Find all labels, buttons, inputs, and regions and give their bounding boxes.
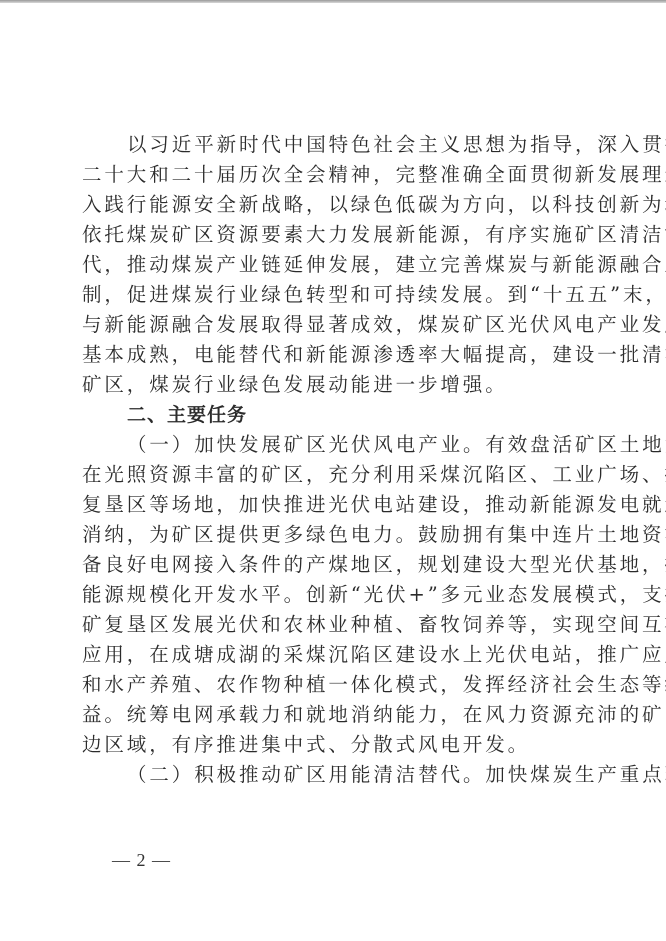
subsection-title: （二）积极推动矿区用能清洁替代。 [127, 763, 485, 786]
text-line: 益。统筹电网承载力和就地消纳能力，在风力资源充沛的矿区及周 [82, 700, 562, 730]
document-page: 以习近平新时代中国特色社会主义思想为指导，深入贯彻党的 二十大和二十届历次全会精… [82, 130, 562, 790]
section-heading: 二、主要任务 [82, 400, 562, 430]
text-line: 在光照资源丰富的矿区，充分利用采煤沉陷区、工业广场、排土场、 [82, 460, 562, 490]
subsection-first-line: （一）加快发展矿区光伏风电产业。有效盘活矿区土地资源， [82, 430, 562, 460]
text-line: 基本成熟，电能替代和新能源渗透率大幅提高，建设一批清洁低碳 [82, 340, 562, 370]
page-number: — 2 — [112, 850, 171, 871]
text-line: 与新能源融合发展取得显著成效，煤炭矿区光伏风电产业发展模式 [82, 310, 562, 340]
scan-top-edge [0, 0, 666, 3]
subsection-first-line: （二）积极推动矿区用能清洁替代。加快煤炭生产重点环节电 [82, 760, 562, 790]
text-line: 消纳，为矿区提供更多绿色电力。鼓励拥有集中连片土地资源、具 [82, 520, 562, 550]
text-line: 矿复垦区发展光伏和农林业种植、畜牧饲养等，实现空间互补集成 [82, 610, 562, 640]
text-line: 矿区，煤炭行业绿色发展动能进一步增强。 [82, 370, 562, 400]
text-line: 备良好电网接入条件的产煤地区，规划建设大型光伏基地，提升新 [82, 550, 562, 580]
text-line: 能源规模化开发水平。创新“光伏+”多元业态发展模式，支持在煤 [82, 580, 562, 610]
text-line: 制，促进煤炭行业绿色转型和可持续发展。到“十五五”末，煤炭 [82, 280, 562, 310]
subsection-title: （一）加快发展矿区光伏风电产业。 [127, 433, 485, 456]
text-line: 和水产养殖、农作物种植一体化模式，发挥经济社会生态等综合效 [82, 670, 562, 700]
text-span: 加快煤炭生产重点环节电 [485, 763, 666, 786]
text-line: 应用，在成塘成湖的采煤沉陷区建设水上光伏电站，推广应用光伏 [82, 640, 562, 670]
text-span: 有效盘活矿区土地资源， [485, 433, 666, 456]
text-line: 入践行能源安全新战略，以绿色低碳为方向，以科技创新为动力， [82, 190, 562, 220]
text-line: 以习近平新时代中国特色社会主义思想为指导，深入贯彻党的 [82, 130, 562, 160]
text-line: 二十大和二十届历次全会精神，完整准确全面贯彻新发展理念，深 [82, 160, 562, 190]
text-line: 边区域，有序推进集中式、分散式风电开发。 [82, 730, 562, 760]
text-line: 代，推动煤炭产业链延伸发展，建立完善煤炭与新能源融合发展机 [82, 250, 562, 280]
text-line: 依托煤炭矿区资源要素大力发展新能源，有序实施矿区清洁能源替 [82, 220, 562, 250]
text-line: 复垦区等场地，加快推进光伏电站建设，推动新能源发电就近就地 [82, 490, 562, 520]
